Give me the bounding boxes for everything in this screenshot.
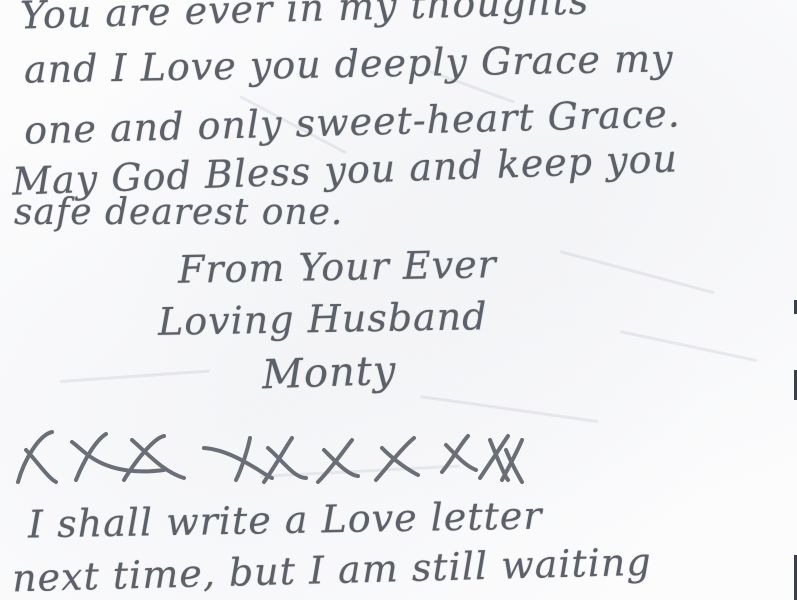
bleed-through-mark <box>420 395 599 423</box>
kisses-row <box>14 420 794 490</box>
kiss-x-marks-icon <box>14 420 794 490</box>
closing-line: Loving Husband <box>158 294 488 344</box>
bleed-through-mark <box>560 250 715 294</box>
letter-line: safe dearest one. <box>14 192 343 233</box>
letter-line: You are ever in my thoughts <box>20 0 590 37</box>
postscript-line: I shall write a Love letter <box>28 494 543 547</box>
postscript-line: next time, but I am still waiting <box>12 540 653 600</box>
bleed-through-mark <box>60 370 210 383</box>
bleed-through-mark <box>620 330 758 362</box>
closing-line: From Your Ever <box>178 242 497 292</box>
signature: Monty <box>261 348 397 399</box>
letter-page: You are ever in my thoughts and I Love y… <box>0 0 797 600</box>
letter-line: and I Love you deeply Grace my <box>24 36 674 91</box>
